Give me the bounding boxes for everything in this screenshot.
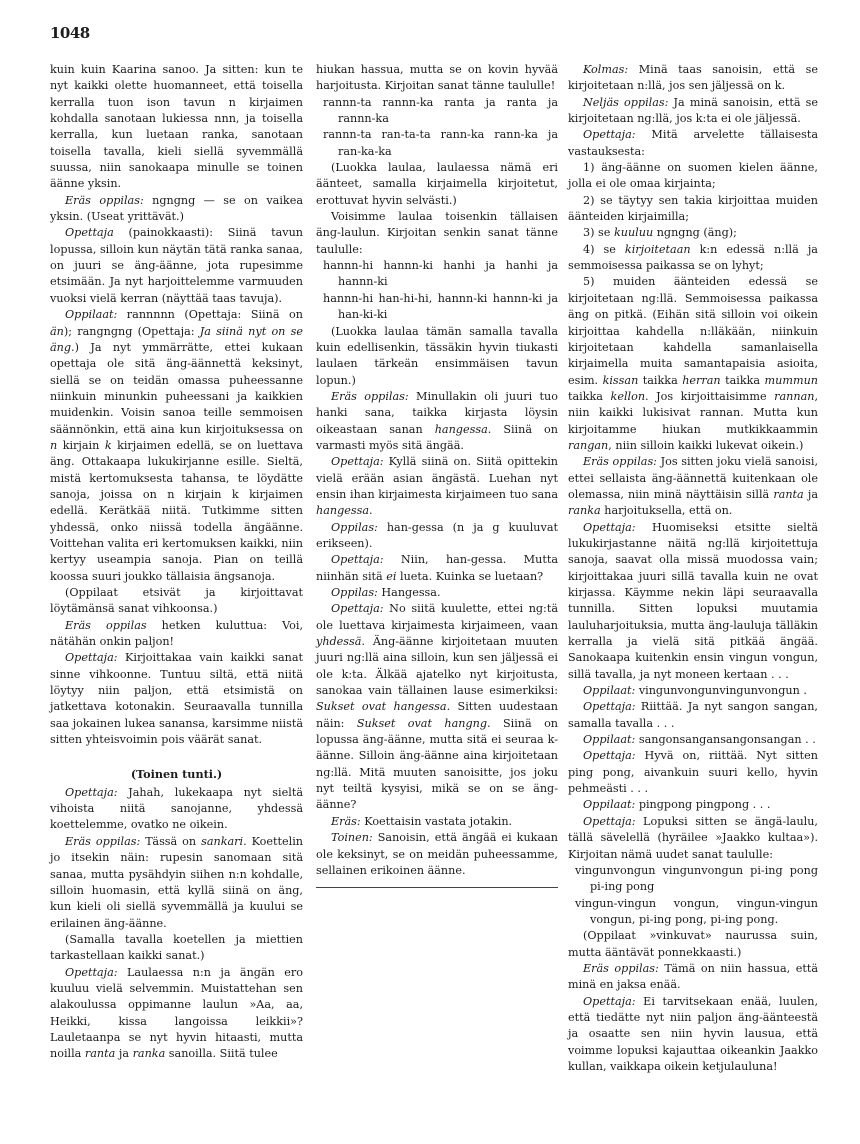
emphasized-word: rangan (568, 439, 608, 452)
speaker-label: Oppilas: (331, 521, 378, 534)
paragraph: Opettaja: Jahah, lukekaapa nyt sieltä vi… (50, 785, 303, 834)
paragraph: Neljäs oppilas: Ja minä sanoisin, että s… (568, 95, 818, 128)
emphasized-word: kuuluu (614, 226, 653, 239)
speaker-label: Eräs oppilas: (65, 835, 140, 848)
paragraph: Opettaja: Kyllä siinä on. Siitä opitteki… (316, 454, 558, 519)
speaker-label: Opettaja: (583, 521, 636, 534)
paragraph: Opettaja (painokkaasti): Siinä tavun lop… (50, 225, 303, 307)
paragraph: Oppilaat: sangonsangansangonsangan . . (568, 732, 818, 748)
speaker-label: Opettaja: (583, 815, 636, 828)
emphasized-word: kissan (603, 374, 639, 387)
text-run: 2) se täytyy sen takia kirjoittaa muiden… (568, 194, 818, 223)
paragraph: Opettaja: Hyvä on, riittää. Nyt sitten p… (568, 748, 818, 797)
text-run: taikka (568, 390, 611, 403)
paragraph: Eräs oppilas: Tämä on niin hassua, että … (568, 961, 818, 994)
emphasized-word: yhdessä (316, 635, 361, 648)
paragraph: Voisimme laulaa toisenkin tällaisen äng-… (316, 209, 558, 258)
page-number: 1048 (50, 24, 90, 42)
text-run: (Luokka laulaa tämän samalla tavalla kui… (316, 325, 558, 387)
text-run: rannn-ta rannn-ka ranta ja ranta ja rann… (323, 96, 558, 125)
emphasized-word: hangessa (435, 423, 488, 436)
paragraph: hiukan hassua, mutta se on kovin hyvää h… (316, 62, 558, 95)
text-column-3: Kolmas: Minä taas sanoisin, että se kirj… (568, 62, 818, 1075)
paragraph: Oppilaat: rannnnn (Opettaja: Siinä on än… (50, 307, 303, 585)
paragraph: Oppilas: han-gessa (n ja g kuuluvat erik… (316, 520, 558, 553)
song-verse: vingun-vingun vongun, vingun-vingun vong… (568, 896, 818, 929)
paragraph: Opettaja: Riittää. Ja nyt sangon sangan,… (568, 699, 818, 732)
paragraph: Eräs oppilas: Tässä on sankari. Koetteli… (50, 834, 303, 932)
emphasized-word: herran (682, 374, 720, 387)
text-run: sangonsangansangonsangan . . (635, 733, 816, 746)
emphasized-word: ranka (133, 1047, 166, 1060)
paragraph: 5) muiden äänteiden edessä se kirjoiteta… (568, 274, 818, 454)
text-run: rannnnn (Opettaja: Siinä on (117, 308, 303, 321)
paragraph: Oppilaat: vingunvongunvingunvongun . (568, 683, 818, 699)
emphasized-word: ranka (568, 504, 601, 517)
text-run: vingun-vingun vongun, vingun-vingun vong… (575, 897, 818, 926)
paragraph: Opettaja: Lopuksi sitten se ängä-laulu, … (568, 814, 818, 863)
text-run: kuin kuin Kaarina sanoo. Ja sitten: kun … (50, 63, 303, 190)
paragraph: (Samalla tavalla koetellen ja miettien t… (50, 932, 303, 965)
paragraph: kuin kuin Kaarina sanoo. Ja sitten: kun … (50, 62, 303, 193)
text-run: Kirjoittakaa vain kaikki sanat sinne vih… (50, 651, 303, 746)
text-run: ja (804, 488, 818, 501)
text-run: sanoilla. Siitä tulee (165, 1047, 278, 1060)
paragraph: Eräs oppilas: Minullakin oli juuri tuo h… (316, 389, 558, 454)
paragraph: 2) se täytyy sen takia kirjoittaa muiden… (568, 193, 818, 226)
speaker-label: Oppilaat: (65, 308, 117, 321)
paragraph: Opettaja: Huomiseksi etsitte sieltä luku… (568, 520, 818, 683)
paragraph: Toinen: Sanoisin, että ängää ei kukaan o… (316, 830, 558, 879)
text-run: ja (115, 1047, 132, 1060)
speaker-label: Opettaja (65, 226, 114, 239)
song-verse: hannn-hi han-hi-hi, hannn-ki hannn-ki ja… (316, 291, 558, 324)
paragraph: Oppilaat: pingpong pingpong . . . (568, 797, 818, 813)
speaker-label: Oppilaat: (583, 684, 635, 697)
speaker-label: Eräs oppilas: (331, 390, 409, 403)
paragraph: Opettaja: Mitä arvelette tällaisesta vas… (568, 127, 818, 160)
text-run: Hangessa. (378, 586, 441, 599)
speaker-label: Oppilaat: (583, 733, 635, 746)
paragraph: (Luokka laulaa, laulaessa nämä eri äänte… (316, 160, 558, 209)
text-run: Huomiseksi etsitte sieltä lukukirjastann… (568, 521, 818, 681)
speaker-label: Opettaja: (331, 553, 384, 566)
paragraph: Opettaja: Ei tarvitsekaan enää, luulen, … (568, 994, 818, 1076)
text-run: hannn-hi han-hi-hi, hannn-ki hannn-ki ja… (323, 292, 558, 321)
text-run: 5) muiden äänteiden edessä se kirjoiteta… (568, 275, 818, 386)
speaker-label: Eräs: (331, 815, 361, 828)
speaker-label: Opettaja: (65, 966, 118, 979)
text-run: (Oppilaat etsivät ja kirjoittavat löytäm… (50, 586, 303, 615)
paragraph: 4) se kirjoitetaan k:n edessä n:llä ja s… (568, 242, 818, 275)
song-verse: rannn-ta rannn-ka ranta ja ranta ja rann… (316, 95, 558, 128)
text-column-2: hiukan hassua, mutta se on kovin hyvää h… (316, 62, 558, 888)
speaker-label: Eräs oppilas: (583, 455, 657, 468)
emphasized-word: rannan (774, 390, 814, 403)
text-run: . Jos kirjoittaisimme (645, 390, 774, 403)
text-run: 1) äng-äänne on suomen kielen äänne, jol… (568, 161, 818, 190)
paragraph: (Luokka laulaa tämän samalla tavalla kui… (316, 324, 558, 389)
speaker-label: Opettaja: (65, 651, 118, 664)
song-verse: hannn-hi hannn-ki hanhi ja hanhi ja hann… (316, 258, 558, 291)
text-run: 4) se (583, 243, 625, 256)
emphasized-word: sankari (201, 835, 243, 848)
speaker-label: Opettaja: (583, 700, 636, 713)
emphasized-word: k (105, 439, 112, 452)
text-column-1: kuin kuin Kaarina sanoo. Ja sitten: kun … (50, 62, 303, 1063)
speaker-label: Opettaja: (583, 749, 636, 762)
speaker-label: Opettaja: (331, 602, 384, 615)
speaker-label: Neljäs oppilas: (583, 96, 668, 109)
text-run: ) Ja nyt ymmärrätte, ettei kukaan opetta… (50, 341, 303, 436)
text-run: pingpong pingpong . . . (635, 798, 770, 811)
paragraph: Opettaja: Niin, han-gessa. Mutta niinhän… (316, 552, 558, 585)
paragraph: (Oppilaat etsivät ja kirjoittavat löytäm… (50, 585, 303, 618)
speaker-label: Kolmas: (583, 63, 628, 76)
paragraph: Eräs: Koettaisin vastata jotakin. (316, 814, 558, 830)
speaker-label: Oppilaat: (583, 798, 635, 811)
emphasized-word: kellon (611, 390, 646, 403)
text-run: (Oppilaat »vinkuvat» naurussa suin, mutt… (568, 929, 818, 958)
text-run: lueta. Kuinka se luetaan? (396, 570, 543, 583)
text-run: harjoituksella, että on. (601, 504, 733, 517)
paragraph: Eräs oppilas: ngngng — se on vaikea yksi… (50, 193, 303, 226)
text-run: taikka (638, 374, 682, 387)
emphasized-word: ranta (773, 488, 803, 501)
emphasized-word: Sukset ovat hangessa (316, 700, 447, 713)
text-run: . Siinä on lopussa äng-äänne, mutta sitä… (316, 717, 558, 812)
emphasized-word: hangessa (316, 504, 369, 517)
text-run: 3) se (583, 226, 614, 239)
paragraph: Opettaja: No siitä kuulette, ettei ng:tä… (316, 601, 558, 813)
text-run: kirjain (57, 439, 105, 452)
speaker-label: Opettaja: (583, 128, 636, 141)
text-run: ngngng (äng); (653, 226, 737, 239)
paragraph: (Oppilaat »vinkuvat» naurussa suin, mutt… (568, 928, 818, 961)
paragraph: 3) se kuuluu ngngng (äng); (568, 225, 818, 241)
text-run: hiukan hassua, mutta se on kovin hyvää h… (316, 63, 558, 92)
text-run: (Samalla tavalla koetellen ja miettien t… (50, 933, 303, 962)
speaker-label: Toinen: (331, 831, 373, 844)
speaker-label: Oppilas: (331, 586, 378, 599)
text-run: . (369, 504, 373, 517)
speaker-label: Opettaja: (65, 786, 118, 799)
text-run: Voisimme laulaa toisenkin tällaisen äng-… (316, 210, 558, 256)
speaker-label: Opettaja: (583, 995, 636, 1008)
song-verse: vingunvongun vingunvongun pi-ing pong pi… (568, 863, 818, 896)
section-separator (316, 887, 558, 888)
speaker-label: Eräs oppilas (65, 619, 147, 632)
paragraph: Opettaja: Laulaessa n:n ja ängän ero kuu… (50, 965, 303, 1063)
section-heading: (Toinen tunti.) (50, 766, 303, 782)
text-run: Tässä on (140, 835, 201, 848)
song-verse: rannn-ta ran-ta-ta rann-ka rann-ka ja ra… (316, 127, 558, 160)
paragraph: Eräs oppilas hetken kuluttua: Voi, nätäh… (50, 618, 303, 651)
speaker-label: Eräs oppilas: (583, 962, 659, 975)
text-run: (Toinen tunti.) (131, 767, 222, 781)
emphasized-word: kirjoitetaan (625, 243, 691, 256)
text-run: ); rangngng (Opettaja: (64, 325, 200, 338)
text-run: (Luokka laulaa, laulaessa nämä eri äänte… (316, 161, 558, 207)
text-run: kirjaimen edellä, se on luettava äng. Ot… (50, 439, 303, 583)
paragraph: Opettaja: Kirjoittakaa vain kaikki sanat… (50, 650, 303, 748)
text-run: , niin silloin kaikki lukevat oikein.) (608, 439, 803, 452)
paragraph: 1) äng-äänne on suomen kielen äänne, jol… (568, 160, 818, 193)
emphasized-word: Sukset ovat hangng (357, 717, 487, 730)
emphasized-word: ei (386, 570, 396, 583)
text-run: rannn-ta ran-ta-ta rann-ka rann-ka ja ra… (323, 128, 558, 157)
paragraph: Kolmas: Minä taas sanoisin, että se kirj… (568, 62, 818, 95)
text-run: hannn-hi hannn-ki hanhi ja hanhi ja hann… (323, 259, 558, 288)
paragraph: Eräs oppilas: Jos sitten joku vielä sano… (568, 454, 818, 519)
text-run: Koettaisin vastata jotakin. (361, 815, 512, 828)
speaker-label: Eräs oppilas: (65, 194, 144, 207)
text-run: vingunvongunvingunvongun . (635, 684, 807, 697)
emphasized-word: mummun (765, 374, 818, 387)
emphasized-word: ranta (85, 1047, 115, 1060)
emphasized-word: än (50, 325, 64, 338)
text-run: vingunvongun vingunvongun pi-ing pong pi… (575, 864, 818, 893)
speaker-label: Opettaja: (331, 455, 384, 468)
text-run: . Koettelin jo itsekin näin: rupesin san… (50, 835, 303, 930)
text-run: taikka (721, 374, 765, 387)
paragraph: Oppilas: Hangessa. (316, 585, 558, 601)
